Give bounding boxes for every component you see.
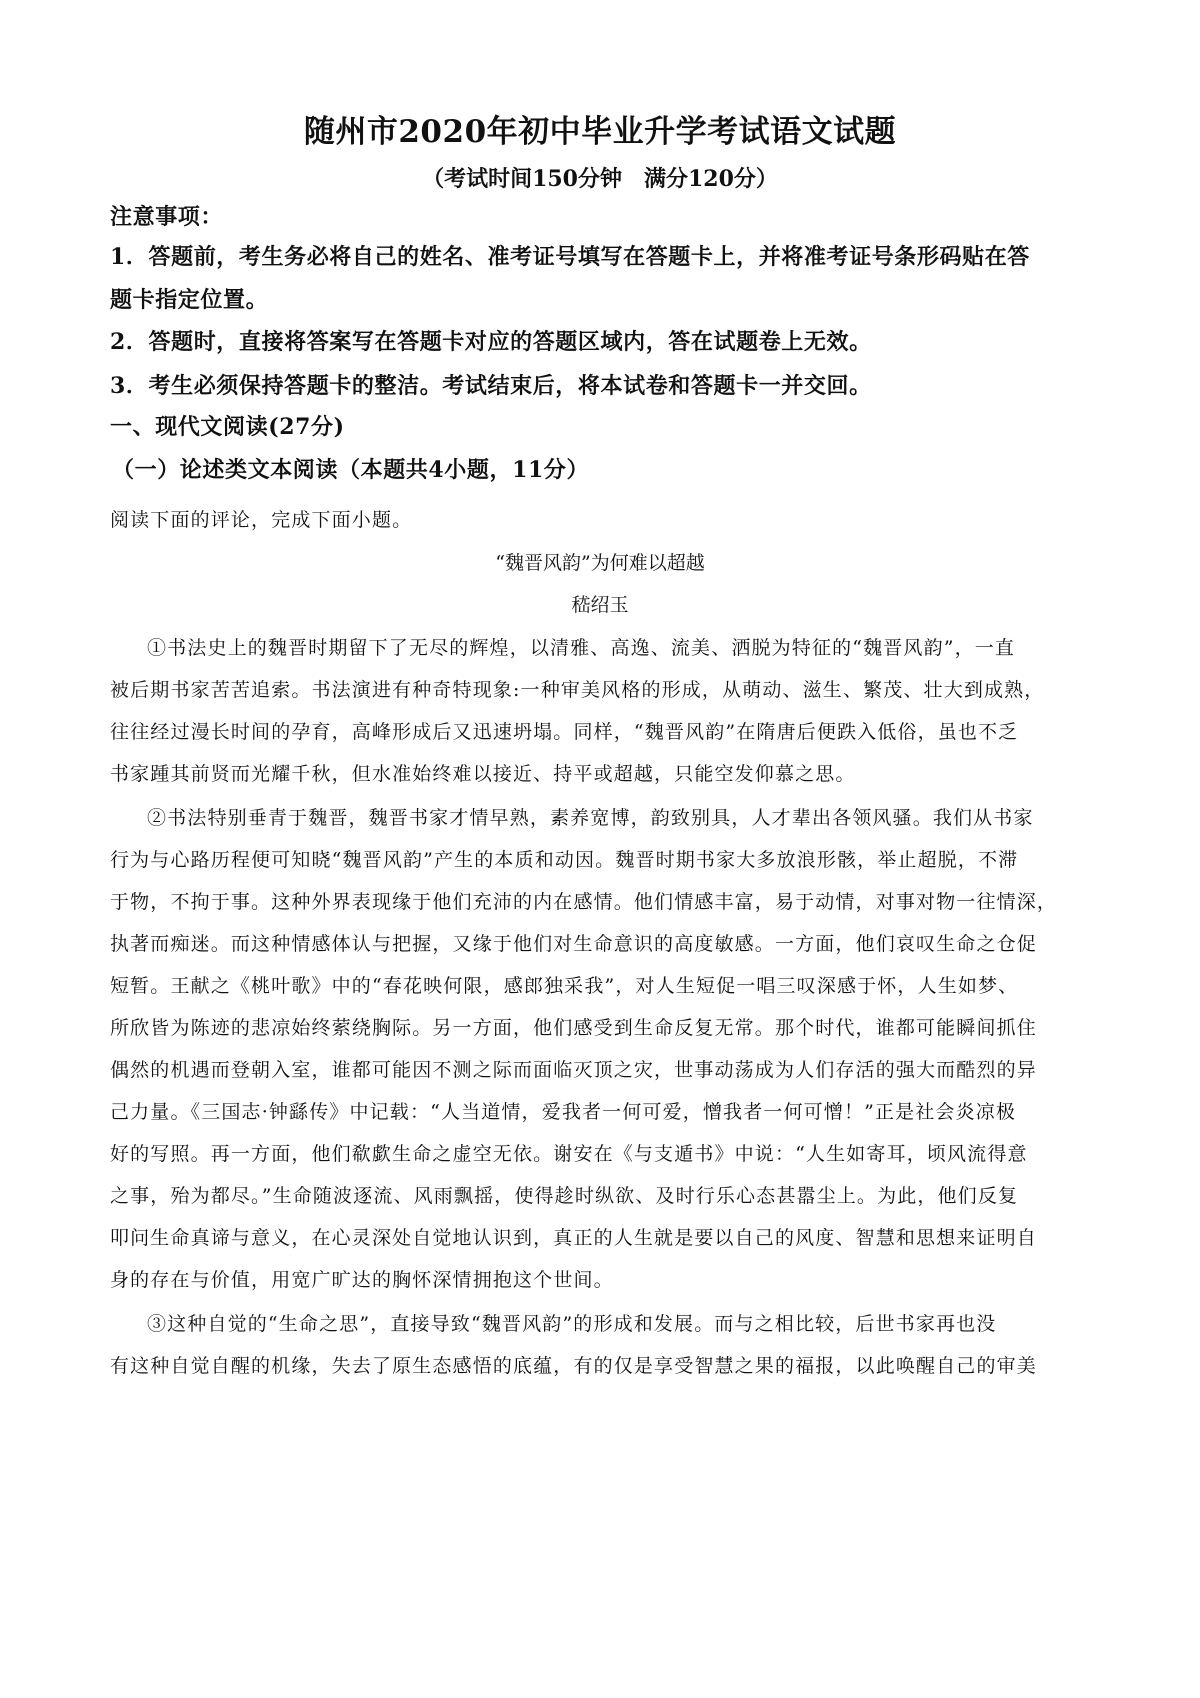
paragraph-line: 于物，不拘于事。这种外界表现缘于他们充沛的内在感情。他们情感丰富，易于动情，对事…	[110, 887, 1057, 914]
reading-instruction: 阅读下面的评论，完成下面小题。	[110, 505, 412, 532]
notice-item-3: 3．考生必须保持答题卡的整洁。考试结束后，将本试卷和答题卡一并交回。	[110, 369, 872, 400]
notice-item-2: 2．答题时，直接将答案写在答题卡对应的答题区域内，答在试题卷上无效。	[110, 325, 872, 356]
paragraph-line: 执著而痴迷。而这种情感体认与把握，又缘于他们对生命意识的高度敏感。一方面，他们哀…	[110, 929, 1037, 956]
article-title: “魏晋风韵”为何难以超越	[0, 548, 1200, 575]
paragraph-line: 行为与心路历程便可知晓“魏晋风韵”产生的本质和动因。魏晋时期书家大多放浪形骸，举…	[110, 845, 1018, 872]
paragraph-line: 之事，殆为都尽。”生命随波逐流、风雨飘摇，使得趁时纵欲、及时行乐心态甚嚣尘上。为…	[110, 1181, 1018, 1208]
paragraph-line: 好的写照。再一方面，他们欷歔生命之虚空无依。谢安在《与支遁书》中说：“人生如寄耳…	[110, 1139, 1028, 1166]
paragraph-line: 被后期书家苦苦追索。书法演进有种奇特现象:一种审美风格的形成，从萌动、滋生、繁茂…	[110, 675, 1044, 702]
article-author: 嵇绍玉	[0, 590, 1200, 617]
paragraph-line: ①书法史上的魏晋时期留下了无尽的辉煌，以清雅、高逸、流美、洒脱为特征的“魏晋风韵…	[147, 633, 1015, 660]
paragraph-line: 短暂。王献之《桃叶歌》中的“春花映何限，感郎独采我”，对人生短促一唱三叹深感于怀…	[110, 971, 1018, 998]
paragraph-line: 有这种自觉自醒的机缘，失去了原生态感悟的底蕴，有的仅是享受智慧之果的福报，以此唤…	[110, 1351, 1037, 1378]
paragraph-line: 所欣皆为陈迹的悲凉始终萦绕胸际。另一方面，他们感受到生命反复无常。那个时代，谁都…	[110, 1013, 1037, 1040]
paragraph-line: 身的存在与价值，用宽广旷达的胸怀深情拥抱这个世间。	[110, 1265, 614, 1292]
paragraph-line: 往往经过漫长时间的孕育，高峰形成后又迅速坍塌。同样，“魏晋风韵”在隋唐后便跌入低…	[110, 717, 1018, 744]
exam-page: 随州市2020年初中毕业升学考试语文试题 （考试时间150分钟 满分120分） …	[0, 0, 1200, 1698]
notice-heading: 注意事项：	[110, 200, 223, 231]
notice-item-1-line-1: 1．答题前，考生务必将自己的姓名、准考证号填写在答题卡上，并将准考证号条形码贴在…	[110, 240, 1030, 271]
paragraph-line: 书家踵其前贤而光耀千秋，但水准始终难以接近、持平或超越，只能空发仰慕之思。	[110, 759, 856, 786]
section-1-heading: 一、现代文阅读(27分)	[110, 410, 345, 441]
subsection-1-heading: （一）论述类文本阅读（本题共4小题，11分）	[112, 453, 589, 484]
exam-title: 随州市2020年初中毕业升学考试语文试题	[0, 106, 1200, 151]
exam-subtitle: （考试时间150分钟 满分120分）	[0, 162, 1200, 193]
paragraph-line: 己力量。《三国志·钟繇传》中记载：“人当道情，爱我者一何可爱，憎我者一何可憎！”…	[110, 1097, 1016, 1124]
paragraph-line: 叩问生命真谛与意义，在心灵深处自觉地认识到，真正的人生就是要以自己的风度、智慧和…	[110, 1223, 1037, 1250]
paragraph-line: ③这种自觉的“生命之思”，直接导致“魏晋风韵”的形成和发展。而与之相比较，后世书…	[147, 1309, 996, 1336]
paragraph-line: ②书法特别垂青于魏晋，魏晋书家才情早熟，素养宽博，韵致别具，人才辈出各领风骚。我…	[147, 803, 1034, 830]
notice-item-1-line-2: 题卡指定位置。	[110, 283, 268, 314]
paragraph-line: 偶然的机遇而登朝入室，谁都可能因不测之际而面临灭顶之灾，世事动荡成为人们存活的强…	[110, 1055, 1037, 1082]
